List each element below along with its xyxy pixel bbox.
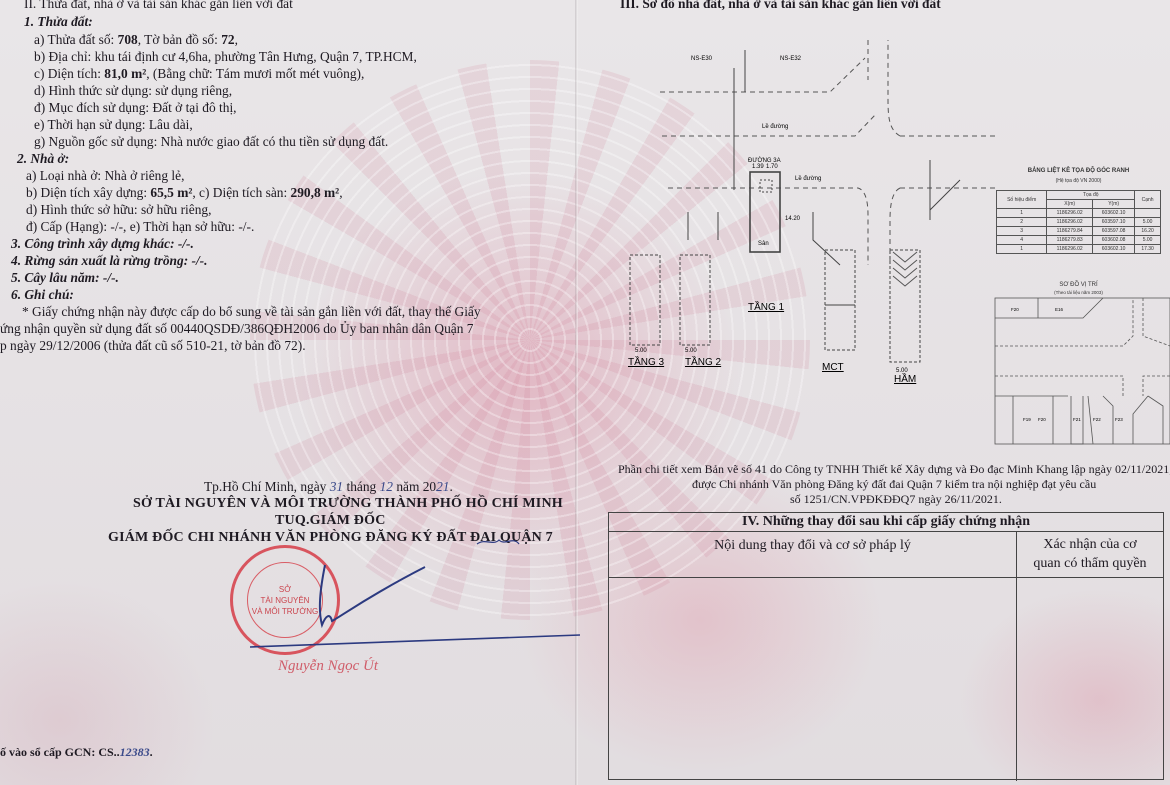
note-line-1: * Giấy chứng nhận này được cấp do bổ sun… — [22, 303, 481, 321]
parcel-label: F21 — [1073, 417, 1081, 422]
coord-table-subtitle: (Hệ tọa độ VN 2000) — [996, 178, 1161, 184]
on-behalf-of: TUQ.GIÁM ĐỐC — [275, 513, 386, 529]
parcel-label: NS-E30 — [691, 56, 713, 62]
changes-table: IV. Những thay đổi sau khi cấp giấy chứn… — [608, 512, 1164, 780]
coord-cell: 603597.10 — [1093, 218, 1135, 227]
dim-label: 5.00 — [685, 348, 697, 354]
label: , (Bằng chữ: Tám mươi mốt mét vuông), — [146, 66, 364, 81]
label: Xác nhận của cơ — [1017, 535, 1163, 554]
coord-cell: 1 — [997, 209, 1047, 218]
parcel-label: NS-E32 — [780, 56, 802, 62]
coord-cell: 4 — [997, 236, 1047, 245]
coord-cell: 603602.10 — [1093, 245, 1135, 254]
coord-cell: 16.20 — [1135, 227, 1161, 236]
land-area: 81,0 m² — [104, 66, 146, 81]
coord-row: 11186296.02603602.10 — [997, 209, 1161, 218]
section-iii-title: III. Sơ đồ nhà đất, nhà ở và tài sản khá… — [620, 0, 941, 13]
gcn-registry: ố vào sổ cấp GCN: CS..12383. — [0, 744, 153, 762]
coord-row: 11186296.02603602.1017.30 — [997, 245, 1161, 254]
coord-cell: 603602.08 — [1093, 236, 1135, 245]
section-ii-title: II. Thửa đất, nhà ở và tài sản khác gắn … — [24, 0, 293, 13]
initials-scribble — [475, 532, 535, 552]
label: b) Diện tích xây dựng: — [26, 185, 150, 200]
land-heading: 1. Thửa đất: — [24, 13, 93, 31]
floor-label-1: TẦNG 1 — [748, 300, 785, 313]
coord-cell: 1 — [997, 245, 1047, 254]
label: ố vào sổ cấp GCN: CS.. — [0, 745, 120, 759]
land-parcel-line: a) Thửa đất số: 708, Tờ bản đồ số: 72, — [34, 31, 238, 49]
parcel-label: F22 — [1093, 417, 1101, 422]
coord-cell — [1135, 209, 1161, 218]
land-usage-term: e) Thời hạn sử dụng: Lâu dài, — [34, 116, 193, 134]
coord-cell: 3 — [997, 227, 1047, 236]
parcel-label: F20 — [1011, 307, 1019, 312]
changes-col-content: Nội dung thay đổi và cơ sở pháp lý — [609, 532, 1017, 577]
build-area: 65,5 m² — [150, 185, 192, 200]
col-header: Số hiệu điểm — [997, 191, 1047, 209]
house-type: a) Loại nhà ở: Nhà ở riêng lẻ, — [26, 167, 184, 185]
coord-cell: 2 — [997, 218, 1047, 227]
label: , Tờ bản đồ số: — [138, 32, 221, 47]
date-year: 21 — [436, 479, 449, 494]
changes-content-cell — [609, 578, 1017, 781]
coord-row: 31186279.84603597.0816.20 — [997, 227, 1161, 236]
house-area-line: b) Diện tích xây dựng: 65,5 m², c) Diện … — [26, 184, 343, 202]
parcel-number: 708 — [118, 32, 138, 47]
coord-row: 41186279.83603602.085.00 — [997, 236, 1161, 245]
col-header: Cạnh — [1135, 191, 1161, 209]
label: , — [235, 32, 238, 47]
sidewalk-label: Lề đường — [795, 176, 821, 182]
location-map-title: SƠ ĐỒ VỊ TRÍ — [996, 282, 1161, 288]
changes-confirmation-cell — [1017, 578, 1163, 781]
coord-cell: 1186279.84 — [1047, 227, 1093, 236]
note-line-2: ứng nhận quyền sử dụng đất số 00440QSDĐ/… — [0, 320, 473, 338]
other-constructions: 3. Công trình xây dựng khác: -/-. — [11, 235, 194, 253]
label: c) Diện tích: — [34, 66, 104, 81]
label: , — [339, 185, 342, 200]
coord-row: 21186296.02603597.105.00 — [997, 218, 1161, 227]
coord-cell: 1186296.02 — [1047, 218, 1093, 227]
parcel-label: E16 — [1055, 307, 1064, 312]
col-header: Tọa độ — [1047, 191, 1135, 200]
coord-cell: 603602.10 — [1093, 209, 1135, 218]
sidewalk-label: Lề đường — [762, 124, 788, 130]
label: tháng — [343, 479, 379, 494]
notes-heading: 6. Ghi chú: — [11, 286, 74, 304]
location-map: F20 E16 F19 F20 F21 F22 F23 — [993, 296, 1170, 446]
issuing-authority: SỞ TÀI NGUYÊN VÀ MÔI TRƯỜNG THÀNH PHỐ HỒ… — [133, 496, 563, 512]
road-label: ĐƯỜNG 3A — [748, 157, 781, 164]
signature-scribble — [250, 555, 580, 655]
drawing-note-3: số 1251/CN.VPĐKĐĐQ7 ngày 26/11/2021. — [790, 492, 1002, 507]
coord-table-title: BẢNG LIỆT KÊ TỌA ĐỘ GÓC RANH — [996, 168, 1161, 174]
house-ownership: d) Hình thức sở hữu: sở hữu riêng, — [26, 201, 211, 219]
col-header: Y(m) — [1093, 200, 1135, 209]
land-address: b) Địa chỉ: khu tái định cư 4,6ha, phườn… — [34, 48, 417, 66]
page-fold — [575, 0, 578, 785]
production-forest: 4. Rừng sản xuất là rừng trồng: -/-. — [11, 252, 208, 270]
coord-table: Số hiệu điểm Tọa độ Cạnh X(m) Y(m) 11186… — [996, 190, 1161, 254]
house-heading: 2. Nhà ở: — [17, 150, 69, 168]
dim-label: 1.70 — [766, 164, 778, 170]
signer-name: Nguyễn Ngọc Út — [278, 658, 378, 675]
floor-label-3: TẦNG 3 — [628, 355, 665, 368]
land-usage-form: d) Hình thức sử dụng: sử dụng riêng, — [34, 82, 232, 100]
label: , c) Diện tích sàn: — [192, 185, 290, 200]
coord-cell: 1186279.83 — [1047, 236, 1093, 245]
issue-date: Tp.Hồ Chí Minh, ngày 31 tháng 12 năm 202… — [204, 478, 453, 496]
floor-label-2: TẦNG 2 — [685, 355, 722, 368]
label: a) Thửa đất số: — [34, 32, 118, 47]
house-grade: đ) Cấp (Hạng): -/-, e) Thời hạn sở hữu: … — [26, 218, 254, 236]
coord-cell: 5.00 — [1135, 218, 1161, 227]
location-map-subtitle: (Theo tài liệu năm 2003) — [996, 290, 1161, 295]
parcel-label: F23 — [1115, 417, 1123, 422]
coord-cell: 5.00 — [1135, 236, 1161, 245]
land-usage-purpose: đ) Mục đích sử dụng: Đất ở tại đô thị, — [34, 99, 237, 117]
label: quan có thẩm quyền — [1017, 554, 1163, 573]
room-label: Sân — [758, 241, 769, 247]
parcel-label: F20 — [1038, 417, 1046, 422]
changes-col-confirmation: Xác nhận của cơ quan có thẩm quyền — [1017, 532, 1163, 577]
dim-label: 14.20 — [785, 216, 801, 222]
site-floor-plan-diagram: NS-E30 NS-E32 Lề đường ĐƯỜNG 3A Lề đường… — [600, 40, 995, 400]
floor-area: 290,8 m² — [291, 185, 340, 200]
drawing-note-2: được Chi nhánh Văn phòng Đăng ký đất đai… — [692, 477, 1096, 492]
dim-label: 5.00 — [635, 348, 647, 354]
coord-cell: 603597.08 — [1093, 227, 1135, 236]
label: năm 20 — [393, 479, 436, 494]
label: . — [450, 479, 453, 494]
map-sheet-number: 72 — [221, 32, 234, 47]
date-day: 31 — [330, 479, 343, 494]
floor-label-basement: HẦM — [894, 372, 916, 385]
label: Tp.Hồ Chí Minh, ngày — [204, 479, 330, 494]
perennial-trees: 5. Cây lâu năm: -/-. — [11, 269, 119, 287]
note-line-3: p ngày 29/12/2006 (thửa đất cũ số 510-21… — [0, 337, 306, 355]
gcn-number: 12383 — [120, 745, 150, 759]
changes-title: IV. Những thay đổi sau khi cấp giấy chứn… — [609, 513, 1163, 532]
date-month: 12 — [380, 479, 393, 494]
label: . — [150, 745, 153, 759]
parcel-label: F19 — [1023, 417, 1031, 422]
dim-label: 1.39 — [752, 164, 764, 170]
col-header: X(m) — [1047, 200, 1093, 209]
land-origin: g) Nguồn gốc sử dụng: Nhà nước giao đất … — [34, 133, 388, 151]
drawing-note-1: Phần chi tiết xem Bản vẽ số 41 do Công t… — [618, 462, 1170, 477]
coord-cell: 1186296.02 — [1047, 209, 1093, 218]
land-area-line: c) Diện tích: 81,0 m², (Bằng chữ: Tám mư… — [34, 65, 364, 83]
coord-cell: 17.30 — [1135, 245, 1161, 254]
floor-label-mct: MCT — [822, 362, 844, 373]
coord-cell: 1186296.02 — [1047, 245, 1093, 254]
